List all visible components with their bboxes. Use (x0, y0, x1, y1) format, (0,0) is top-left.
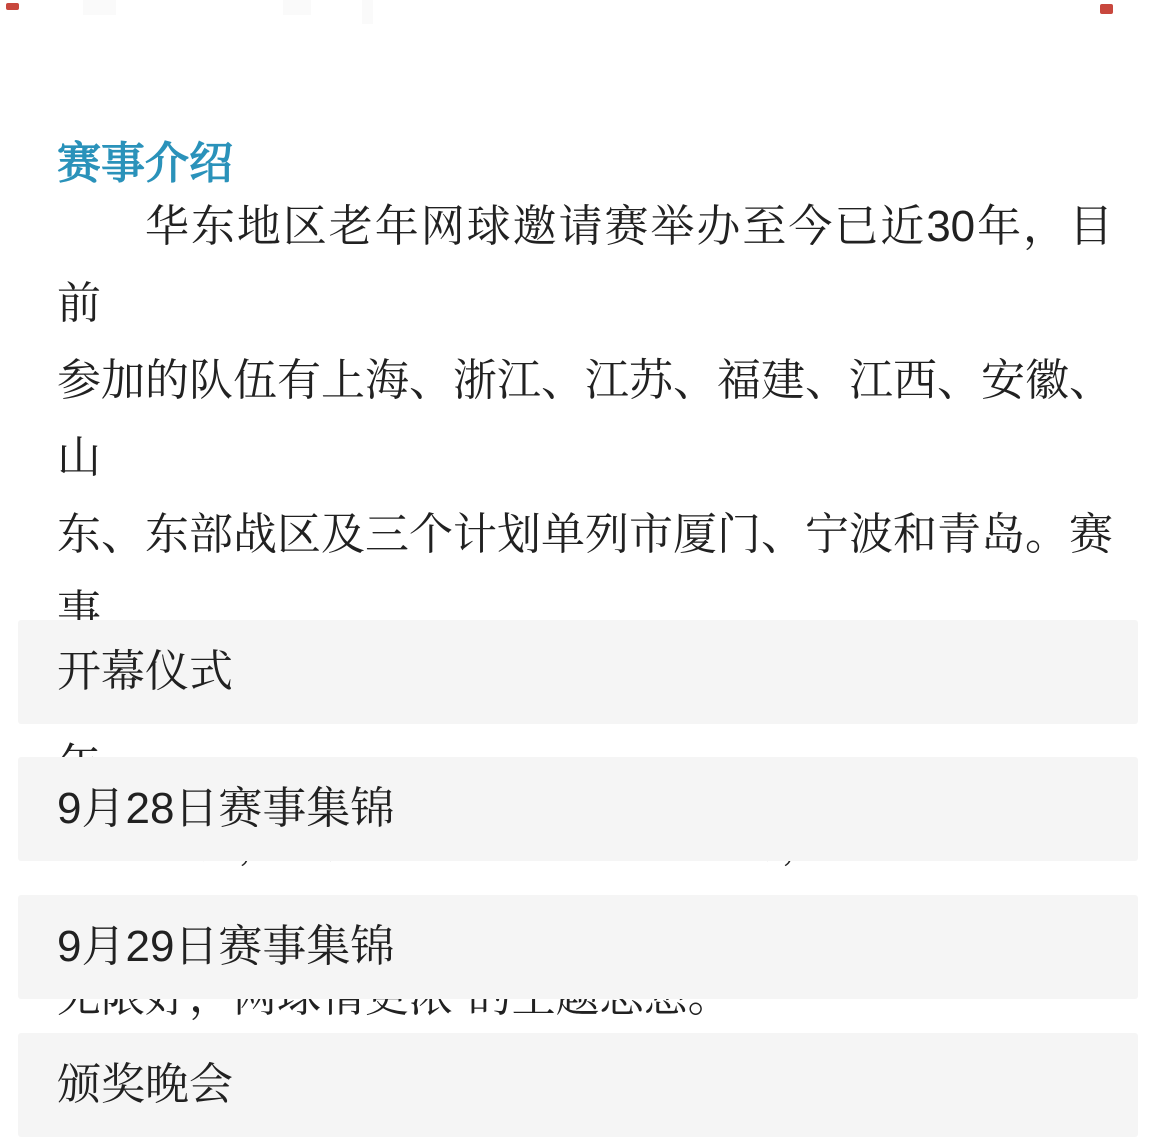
menu-item-sep28-highlights[interactable]: 9月28日赛事集锦 (18, 757, 1138, 861)
top-bar-remnant (362, 0, 373, 24)
menu-item-label: 颁奖晚会 (18, 1033, 1138, 1137)
top-bar-remnant (283, 0, 311, 15)
menu-item-award-gala[interactable]: 颁奖晚会 (18, 1033, 1138, 1137)
menu-item-label: 9月29日赛事集锦 (18, 895, 1138, 999)
section-title: 赛事介绍 (57, 138, 233, 190)
red-annotation-mark-left (6, 3, 19, 10)
menu-item-label: 9月28日赛事集锦 (18, 757, 1138, 861)
intro-line: 参加的队伍有上海、浙江、江苏、福建、江西、安徽、山 (57, 342, 1113, 496)
menu-item-sep29-highlights[interactable]: 9月29日赛事集锦 (18, 895, 1138, 999)
top-bar-remnant (83, 0, 116, 15)
red-annotation-mark-right (1100, 4, 1113, 14)
menu-item-label: 开幕仪式 (18, 620, 1138, 724)
page: 赛事介绍 华东地区老年网球邀请赛举办至今已近30年，目前 参加的队伍有上海、浙江… (0, 0, 1150, 1140)
menu-item-opening-ceremony[interactable]: 开幕仪式 (18, 620, 1138, 724)
intro-line: 华东地区老年网球邀请赛举办至今已近30年，目前 (57, 188, 1113, 342)
